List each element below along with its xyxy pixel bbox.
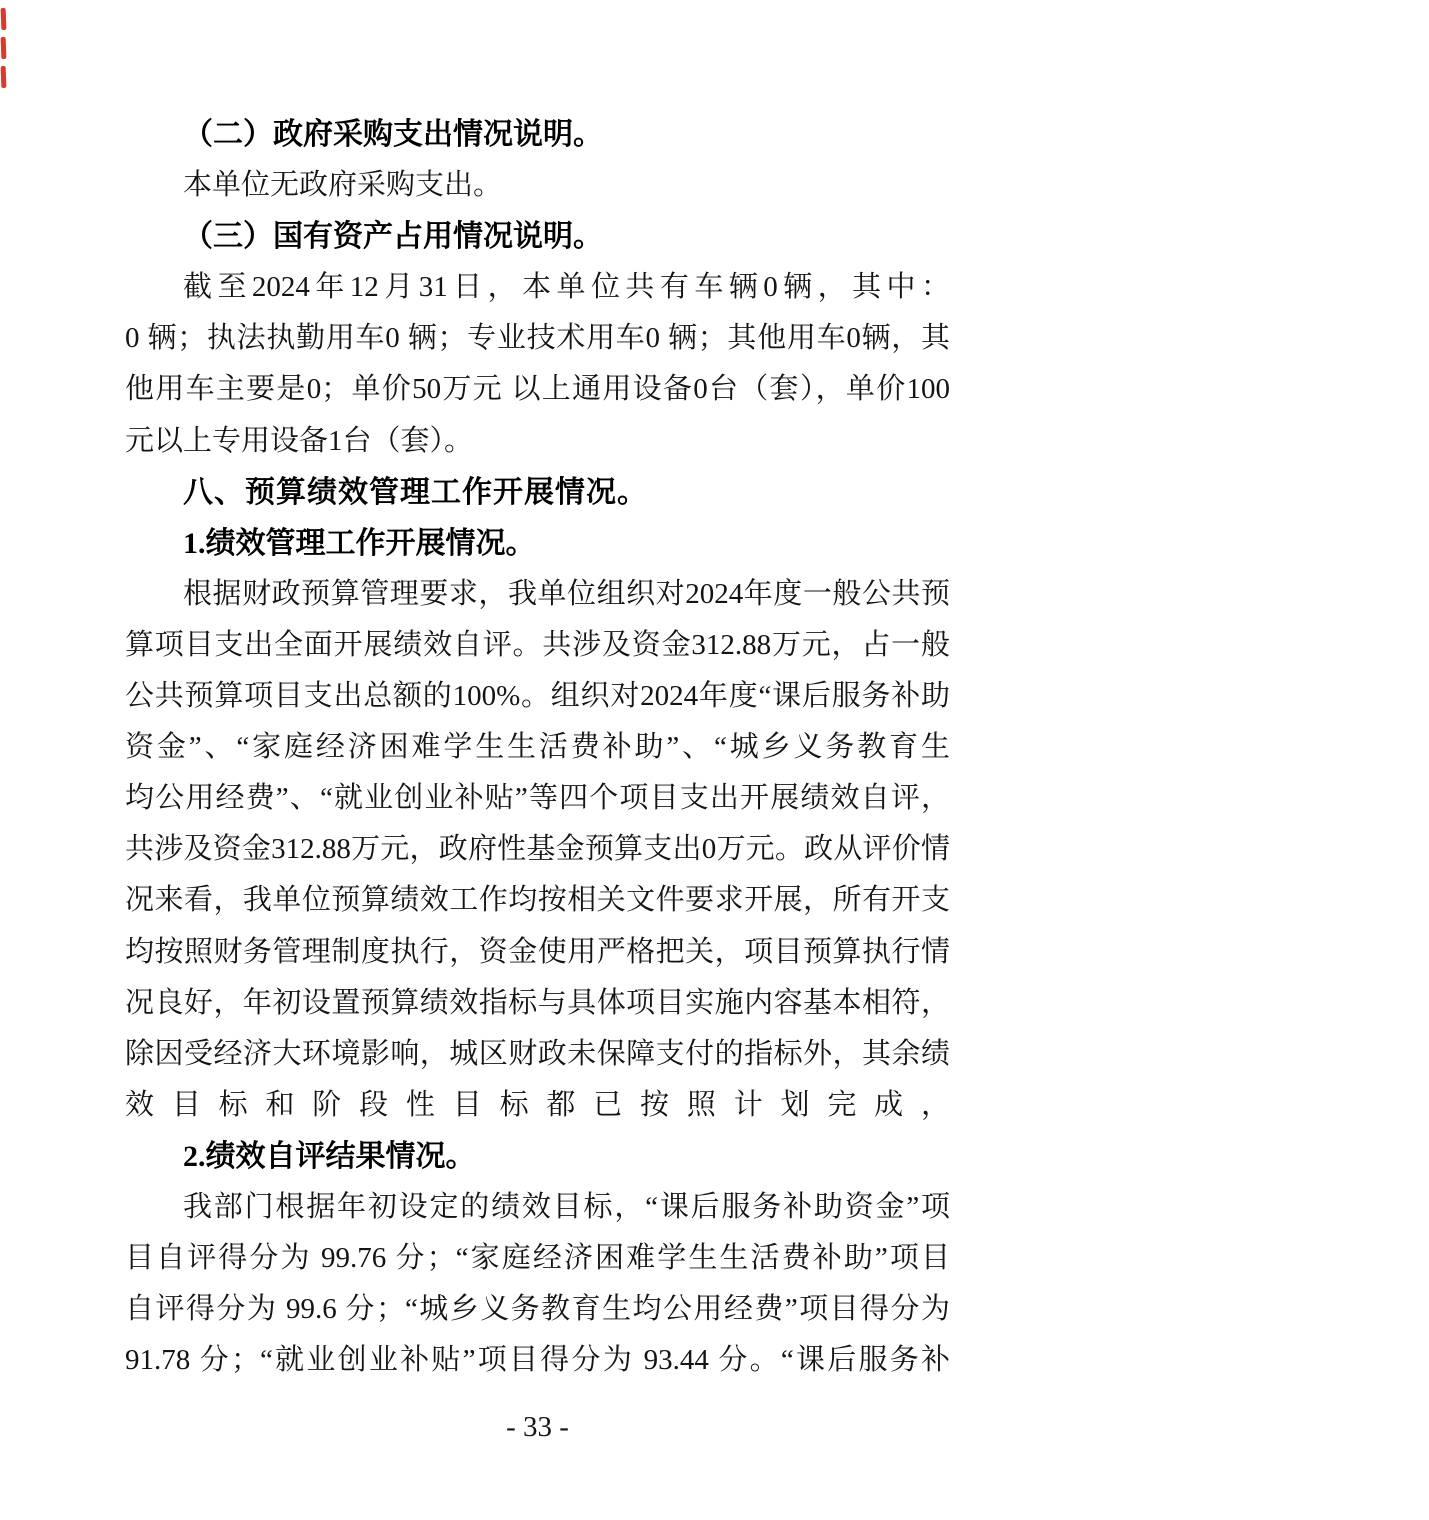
heading-gov-procurement: （二）政府采购支出情况说明。 [125,109,950,160]
document-body: （二）政府采购支出情况说明。 本单位无政府采购支出。 （三）国有资产占用情况说明… [125,109,950,1386]
paragraph-state-assets-line-4: 元以上专用设备1台（套）。 [125,416,950,467]
paragraph-state-assets-line-2: 0 辆；执法执勤用车0 辆；专业技术用车0 辆；其他用车0辆，其 [125,313,950,364]
paragraph-performance-line-9: 况良好，年初设置预算绩效指标与具体项目实施内容基本相符， [125,978,950,1029]
paragraph-self-eval-line-2: 目自评得分为 99.76 分；“家庭经济困难学生生活费补助”项目 [125,1233,950,1284]
paragraph-performance-line-3: 公共预算项目支出总额的100%。组织对2024年度“课后服务补助 [125,671,950,722]
paragraph-performance-line-8: 均按照财务管理制度执行，资金使用严格把关，项目预算执行情 [125,927,950,978]
paragraph-performance-line-7: 况来看，我单位预算绩效工作均按相关文件要求开展，所有开支 [125,875,950,926]
red-edge-mark [1,37,7,59]
paragraph-self-eval-line-3: 自评得分为 99.6 分；“城乡义务教育生均公用经费”项目得分为 [125,1284,950,1335]
heading-2-self-evaluation: 2.绩效自评结果情况。 [125,1131,950,1182]
red-edge-marks [1,8,7,95]
paragraph-performance-line-4: 资金”、“家庭经济困难学生生活费补助”、“城乡义务教育生 [125,722,950,773]
paragraph-no-procurement: 本单位无政府采购支出。 [125,160,950,211]
paragraph-performance-line-2: 算项目支出全面开展绩效自评。共涉及资金312.88万元，占一般 [125,620,950,671]
red-edge-mark [1,8,7,30]
page-number: - 33 - [125,1402,950,1453]
paragraph-state-assets-line-1: 截至2024年12月31日，本单位共有车辆0辆，其中：公务用车 [125,262,950,313]
paragraph-performance-line-10: 除因受经济大环境影响，城区财政未保障支付的指标外，其余绩 [125,1029,950,1080]
paragraph-self-eval-line-4: 91.78 分；“就业创业补贴”项目得分为 93.44 分。“课后服务补 [125,1335,950,1386]
paragraph-performance-line-1: 根据财政预算管理要求，我单位组织对2024年度一般公共预 [125,569,950,620]
paragraph-performance-line-5: 均公用经费”、“就业创业补贴”等四个项目支出开展绩效自评， [125,773,950,824]
paragraph-performance-line-11: 效目标和阶段性目标都已按照计划完成，取得了良好的社会效益。 [125,1080,950,1131]
heading-section-8-performance: 八、预算绩效管理工作开展情况。 [125,467,950,518]
heading-1-performance-mgmt: 1.绩效管理工作开展情况。 [125,518,950,569]
red-edge-mark [1,66,7,88]
paragraph-performance-line-6: 共涉及资金312.88万元，政府性基金预算支出0万元。政从评价情 [125,824,950,875]
paragraph-state-assets-line-3: 他用车主要是0；单价50万元 以上通用设备0台（套），单价100 万 [125,364,950,415]
document-page: （二）政府采购支出情况说明。 本单位无政府采购支出。 （三）国有资产占用情况说明… [0,0,1429,1520]
paragraph-self-eval-line-1: 我部门根据年初设定的绩效目标，“课后服务补助资金”项 [125,1182,950,1233]
heading-state-assets: （三）国有资产占用情况说明。 [125,211,950,262]
